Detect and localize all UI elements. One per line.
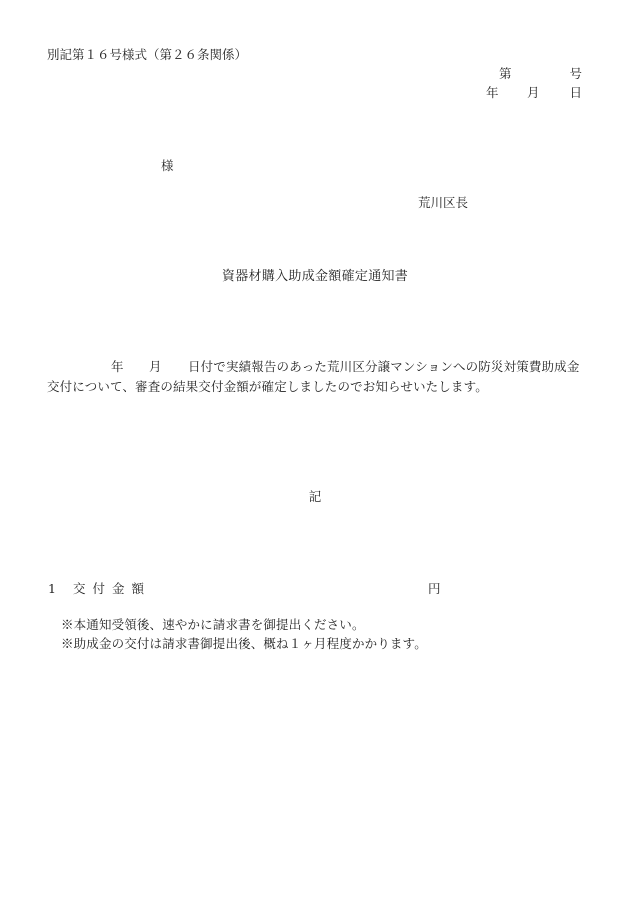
date-day-label: 日 <box>569 87 582 100</box>
body-month-label: 月 <box>149 361 162 374</box>
doc-number-suffix: 号 <box>569 68 582 81</box>
body-year-label: 年 <box>111 361 124 374</box>
notes-list: ※本通知受領後、速やかに請求書を御提出ください。 ※助成金の交付は請求書御提出後… <box>61 619 427 657</box>
yen-unit: 円 <box>428 583 441 596</box>
grant-amount-label: 交付金額 <box>73 583 151 596</box>
document-title: 資器材購入助成金額確定通知書 <box>0 270 630 283</box>
sender-name: 荒川区長 <box>418 197 468 210</box>
item-number: 1 <box>48 583 56 596</box>
form-label: 別記第１６号様式（第２６条関係） <box>47 49 247 62</box>
body-line-1-text: 日付で実績報告のあった荒川区分譲マンションへの防災対策費助成金 <box>188 361 579 374</box>
doc-number-prefix: 第 <box>499 68 512 81</box>
ki-heading: 記 <box>0 491 630 504</box>
body-paragraph-line-2: 交付について、審査の結果交付金額が確定しましたのでお知らせいたします。 <box>47 381 488 394</box>
date-year-label: 年 <box>486 87 499 100</box>
recipient-honorific: 様 <box>161 160 174 173</box>
note-item: ※助成金の交付は請求書御提出後、概ね１ヶ月程度かかります。 <box>61 638 427 657</box>
date-month-label: 月 <box>527 87 540 100</box>
